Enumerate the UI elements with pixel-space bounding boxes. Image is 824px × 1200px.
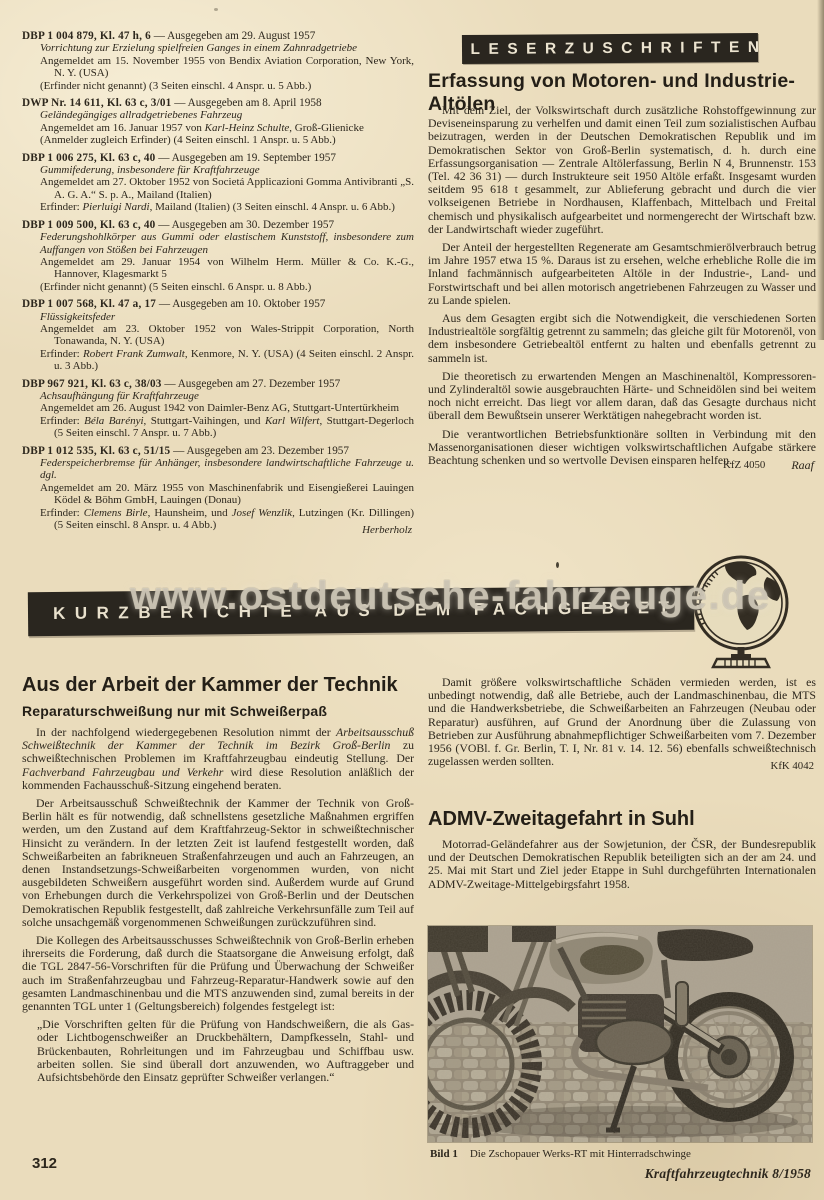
patent-detail: (Anmelder zugleich Erfinder) (4 Seiten e… xyxy=(40,134,414,146)
patent-id-line: DBP 1 012 535, Kl. 63 c, 51/15 — Ausgege… xyxy=(40,445,414,457)
patent-id-line: DBP 1 004 879, Kl. 47 h, 6 — Ausgegeben … xyxy=(40,30,414,42)
resolution-quote: „Die Vorschriften gelten für die Prüfung… xyxy=(22,1018,414,1084)
patent-entry: DBP 1 006 275, Kl. 63 c, 40 — Ausgegeben… xyxy=(22,152,414,214)
journal-title-footer: Kraftfahrzeugtechnik 8/1958 xyxy=(645,1166,811,1182)
patent-entry: DBP 967 921, Kl. 63 c, 38/03 — Ausgegebe… xyxy=(22,378,414,440)
patent-title: Achsaufhängung für Kraftfahrzeuge xyxy=(40,390,414,402)
paragraph: In der nachfolgend wiedergegebenen Resol… xyxy=(22,726,414,792)
paragraph: Der Arbeitsausschuß Schweißtechnik der K… xyxy=(22,797,414,929)
watermark-text: www.ostdeutsche-fahrzeuge.de xyxy=(130,574,771,619)
paragraph: Damit größere volkswirtschaftliche Schäd… xyxy=(428,676,816,768)
patent-detail: Erfinder: Pierluigi Nardi, Mailand (Ital… xyxy=(40,201,414,213)
page-number: 312 xyxy=(32,1155,57,1172)
reference-number: KfZ 4050 xyxy=(723,459,765,472)
kammer-paragraphs: In der nachfolgend wiedergegebenen Resol… xyxy=(22,726,414,1013)
article-title-admv: ADMV-Zweitagefahrt in Suhl xyxy=(428,808,816,831)
scan-edge-shadow xyxy=(817,0,824,340)
photo-caption-text: Die Zschopauer Werks-RT mit Hinterradsch… xyxy=(470,1148,691,1160)
photo-caption: Bild 1Die Zschopauer Werks-RT mit Hinter… xyxy=(430,1148,814,1160)
patent-title: Federungshohlkörper aus Gummi oder elast… xyxy=(40,231,414,256)
patent-entry: DBP 1 009 500, Kl. 63 c, 40 — Ausgegeben… xyxy=(22,219,414,293)
patent-id-line: DBP 1 006 275, Kl. 63 c, 40 — Ausgegeben… xyxy=(40,152,414,164)
patent-detail: Angemeldet am 23. Oktober 1952 von Wales… xyxy=(40,323,414,348)
patent-id-line: DBP 1 009 500, Kl. 63 c, 40 — Ausgegeben… xyxy=(40,219,414,231)
article-body-kammer: In der nachfolgend wiedergegebenen Resol… xyxy=(22,726,414,1089)
patent-list: DBP 1 004 879, Kl. 47 h, 6 — Ausgegeben … xyxy=(22,30,414,536)
patent-entry: DWP Nr. 14 611, Kl. 63 c, 3/01 — Ausgege… xyxy=(22,97,414,147)
patent-detail: Angemeldet am 26. August 1942 von Daimle… xyxy=(40,402,414,414)
patent-detail: Angemeldet am 20. März 1955 von Maschine… xyxy=(40,482,414,507)
patent-detail: Erfinder: Robert Frank Zumwalt, Kenmore,… xyxy=(40,348,414,373)
paragraph: Mit dem Ziel, der Volkswirtschaft durch … xyxy=(428,104,816,236)
patent-entry: DBP 1 007 568, Kl. 47 a, 17 — Ausgegeben… xyxy=(22,298,414,372)
photo-caption-label: Bild 1 xyxy=(430,1148,458,1160)
zulassung-paragraphs: Damit größere volkswirtschaftliche Schäd… xyxy=(428,676,816,768)
patent-title: Geländegängiges allradgetriebenes Fahrze… xyxy=(40,109,414,121)
reference-number: KfK 4042 xyxy=(771,760,814,773)
paragraph: Die theoretisch zu erwartenden Mengen an… xyxy=(428,370,816,423)
patent-detail: (Erfinder nicht genannt) (5 Seiten einsc… xyxy=(40,281,414,293)
patent-id-line: DBP 967 921, Kl. 63 c, 38/03 — Ausgegebe… xyxy=(40,378,414,390)
section-header-leserzuschriften: LESERZUSCHRIFTEN xyxy=(462,33,758,64)
patent-title: Flüssigkeitsfeder xyxy=(40,311,414,323)
paragraph: Die Kollegen des Arbeitsausschusses Schw… xyxy=(22,934,414,1013)
patent-id-line: DWP Nr. 14 611, Kl. 63 c, 3/01 — Ausgege… xyxy=(40,97,414,109)
patent-title: Federspeicherbremse für Anhänger, insbes… xyxy=(40,457,414,482)
photo-motorcycle xyxy=(428,926,812,1142)
patent-detail: Angemeldet am 16. Januar 1957 von Karl-H… xyxy=(40,122,414,134)
patent-detail: Erfinder: Béla Barényi, Stuttgart-Vaihin… xyxy=(40,415,414,440)
article-subtitle-schweisserpass: Reparaturschweißung nur mit Schweißerpaß xyxy=(22,703,422,719)
article-body-admv: Motorrad-Geländefahrer aus der Sowjetuni… xyxy=(428,838,816,896)
print-speck xyxy=(556,562,559,568)
patent-entry: DBP 1 012 535, Kl. 63 c, 51/15 — Ausgege… xyxy=(22,445,414,532)
article-body-altoele: Mit dem Ziel, der Volkswirtschaft durch … xyxy=(428,104,816,472)
patent-detail: Angemeldet am 29. Januar 1954 von Wilhel… xyxy=(40,256,414,281)
paragraph: Der Anteil der hergestellten Regenerate … xyxy=(428,241,816,307)
patent-title: Gummifederung, insbesondere für Kraftfah… xyxy=(40,164,414,176)
magazine-page: DBP 1 004 879, Kl. 47 h, 6 — Ausgegeben … xyxy=(0,0,824,1200)
patent-detail: Angemeldet am 15. November 1955 von Bend… xyxy=(40,55,414,80)
patent-detail: Angemeldet am 27. Oktober 1952 von Socie… xyxy=(40,176,414,201)
article-title-kammer: Aus der Arbeit der Kammer der Technik xyxy=(22,674,422,697)
patent-title: Vorrichtung zur Erzielung spielfreien Ga… xyxy=(40,42,414,54)
patent-id-line: DBP 1 007 568, Kl. 47 a, 17 — Ausgegeben… xyxy=(40,298,414,310)
paragraph: Motorrad-Geländefahrer aus der Sowjetuni… xyxy=(428,838,816,891)
author-signature: Raaf xyxy=(791,459,814,472)
article-body-zulassung: Damit größere volkswirtschaftliche Schäd… xyxy=(428,676,816,773)
patent-detail: (Erfinder nicht genannt) (3 Seiten einsc… xyxy=(40,80,414,92)
patent-entry: DBP 1 004 879, Kl. 47 h, 6 — Ausgegeben … xyxy=(22,30,414,92)
print-speck xyxy=(214,8,218,11)
paragraph: Aus dem Gesagten ergibt sich die Notwend… xyxy=(428,312,816,365)
